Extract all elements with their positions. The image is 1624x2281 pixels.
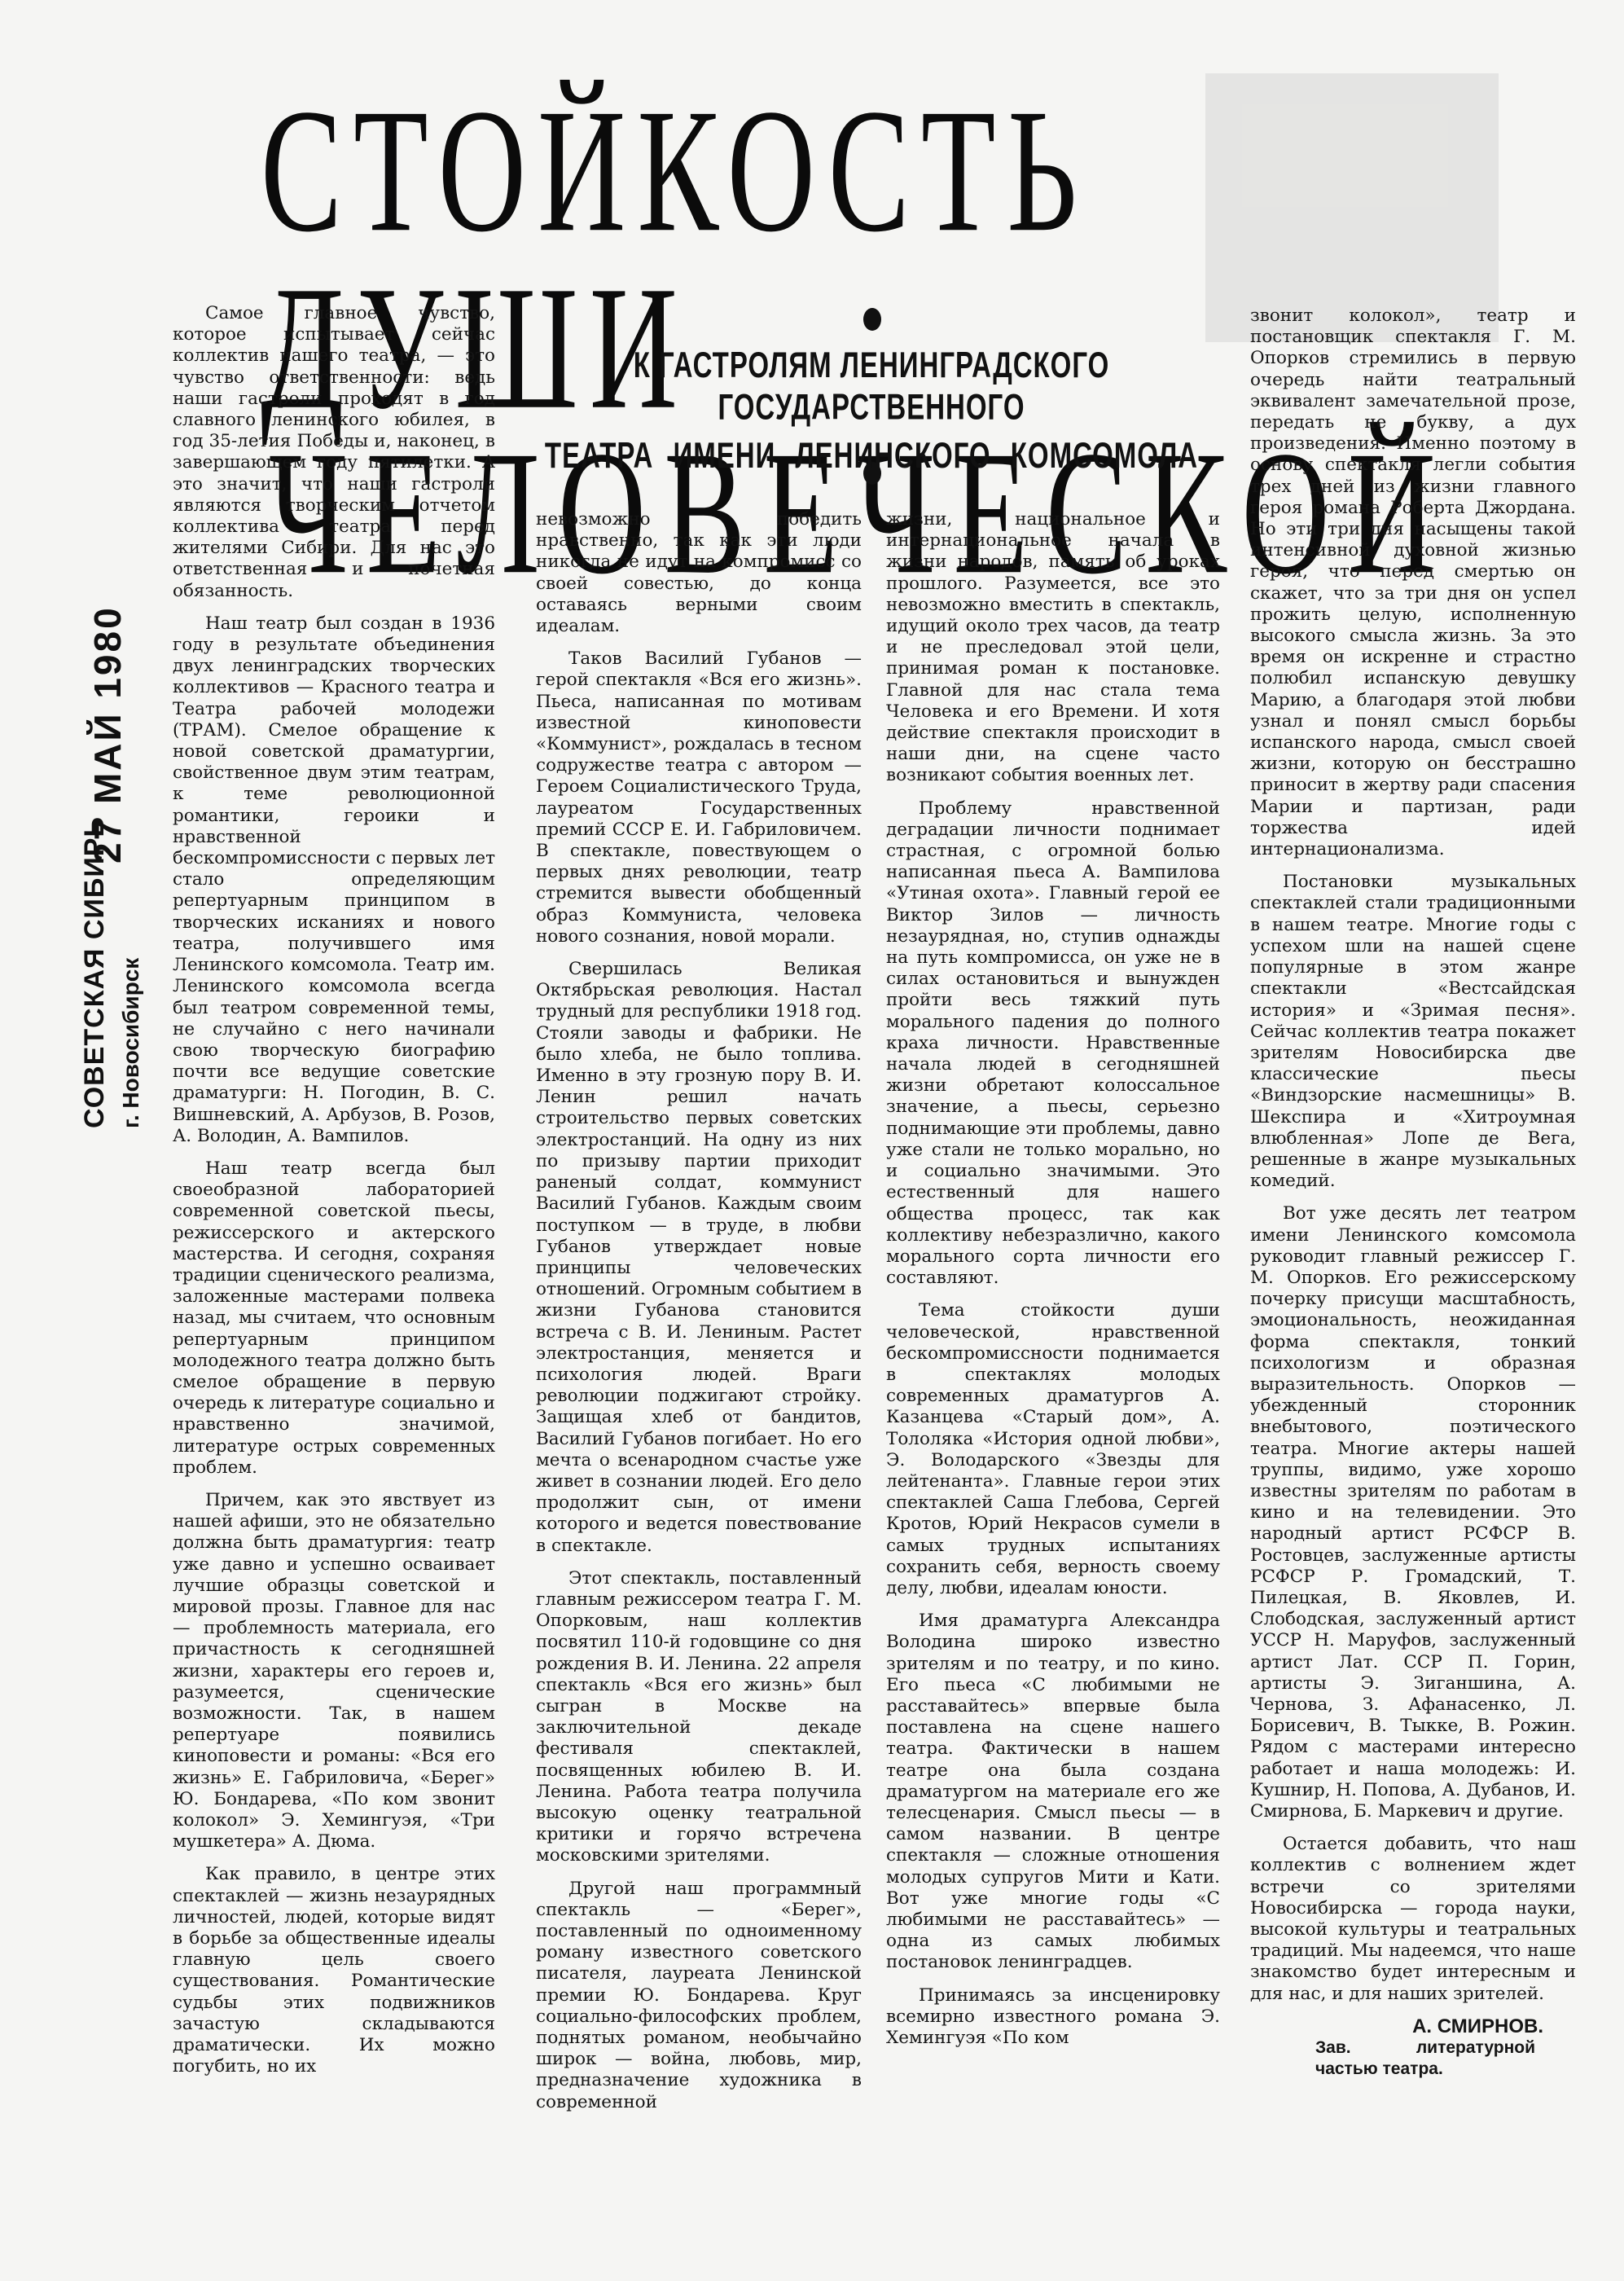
paragraph: Как правило, в центре этих спектаклей — … — [173, 1864, 495, 2077]
stamp-city: г. Новосибирск — [118, 958, 144, 1128]
article-column-1: Самое главное чувство, которое испытывае… — [173, 303, 495, 2089]
paragraph: Остается добавить, что наш коллектив с в… — [1250, 1834, 1576, 2005]
paragraph: Постановки музыкальных спектаклей стали … — [1250, 872, 1576, 1192]
archive-stamp: 27 МАЙ 1980 СОВЕТСКАЯ СИБИРЬ г. Новосиби… — [69, 244, 175, 896]
article-subheading: К ГАСТРОЛЯМ ЛЕНИНГРАДСКОГО ГОСУДАРСТВЕНН… — [521, 350, 1222, 471]
stamp-date: 27 МАЙ 1980 — [86, 538, 129, 864]
article-column-3: жизни, национальное и интернациональное … — [886, 509, 1220, 2060]
subheading-line-2: ТЕАТРА ИМЕНИ ЛЕНИНСКОГО КОМСОМОЛА — [521, 434, 1222, 476]
scan-shading — [1205, 73, 1499, 342]
author-role: Зав. литературной частью театра. — [1315, 2037, 1535, 2080]
paragraph: Таков Василий Губанов — герой спектакля … — [536, 648, 862, 947]
paragraph: невозможно победить нравственно, так как… — [536, 509, 862, 637]
paragraph: Свершилась Великая Октябрьская революция… — [536, 959, 862, 1557]
paragraph: Этот спектакль, поставленный главным реж… — [536, 1568, 862, 1867]
paragraph: Тема стойкости души человеческой, нравст… — [886, 1300, 1220, 1599]
paragraph: Проблему нравственной деградации личност… — [886, 798, 1220, 1290]
paragraph: Наш театр всегда был своеобразной лабора… — [173, 1158, 495, 1479]
stamp-newspaper-name: СОВЕТСКАЯ СИБИРЬ — [79, 816, 111, 1128]
subheading-line-1: К ГАСТРОЛЯМ ЛЕНИНГРАДСКОГО ГОСУДАРСТВЕНН… — [521, 345, 1222, 429]
paragraph: Имя драматурга Александра Володина широк… — [886, 1611, 1220, 1973]
paragraph: Принимаясь за инсценировку всемирно изве… — [886, 1985, 1220, 2050]
ornament-dot-top — [863, 308, 881, 331]
paragraph: Вот уже десять лет театром имени Ленинск… — [1250, 1203, 1576, 1822]
article-column-4: звонит колокол», театр и постановщик спе… — [1250, 305, 1576, 2080]
paragraph: Самое главное чувство, которое испытывае… — [173, 303, 495, 602]
paragraph: Причем, как это явствует из нашей афиши,… — [173, 1490, 495, 1852]
paragraph: звонит колокол», театр и постановщик спе… — [1250, 305, 1576, 860]
author-signature: А. СМИРНОВ. — [1250, 2016, 1576, 2037]
paragraph: Наш театр был создан в 1936 году в резул… — [173, 613, 495, 1147]
article-column-2: невозможно победить нравственно, так как… — [536, 509, 862, 2125]
paragraph: Другой наш программный спектакль — «Бере… — [536, 1879, 862, 2113]
paragraph: жизни, национальное и интернациональное … — [886, 509, 1220, 787]
